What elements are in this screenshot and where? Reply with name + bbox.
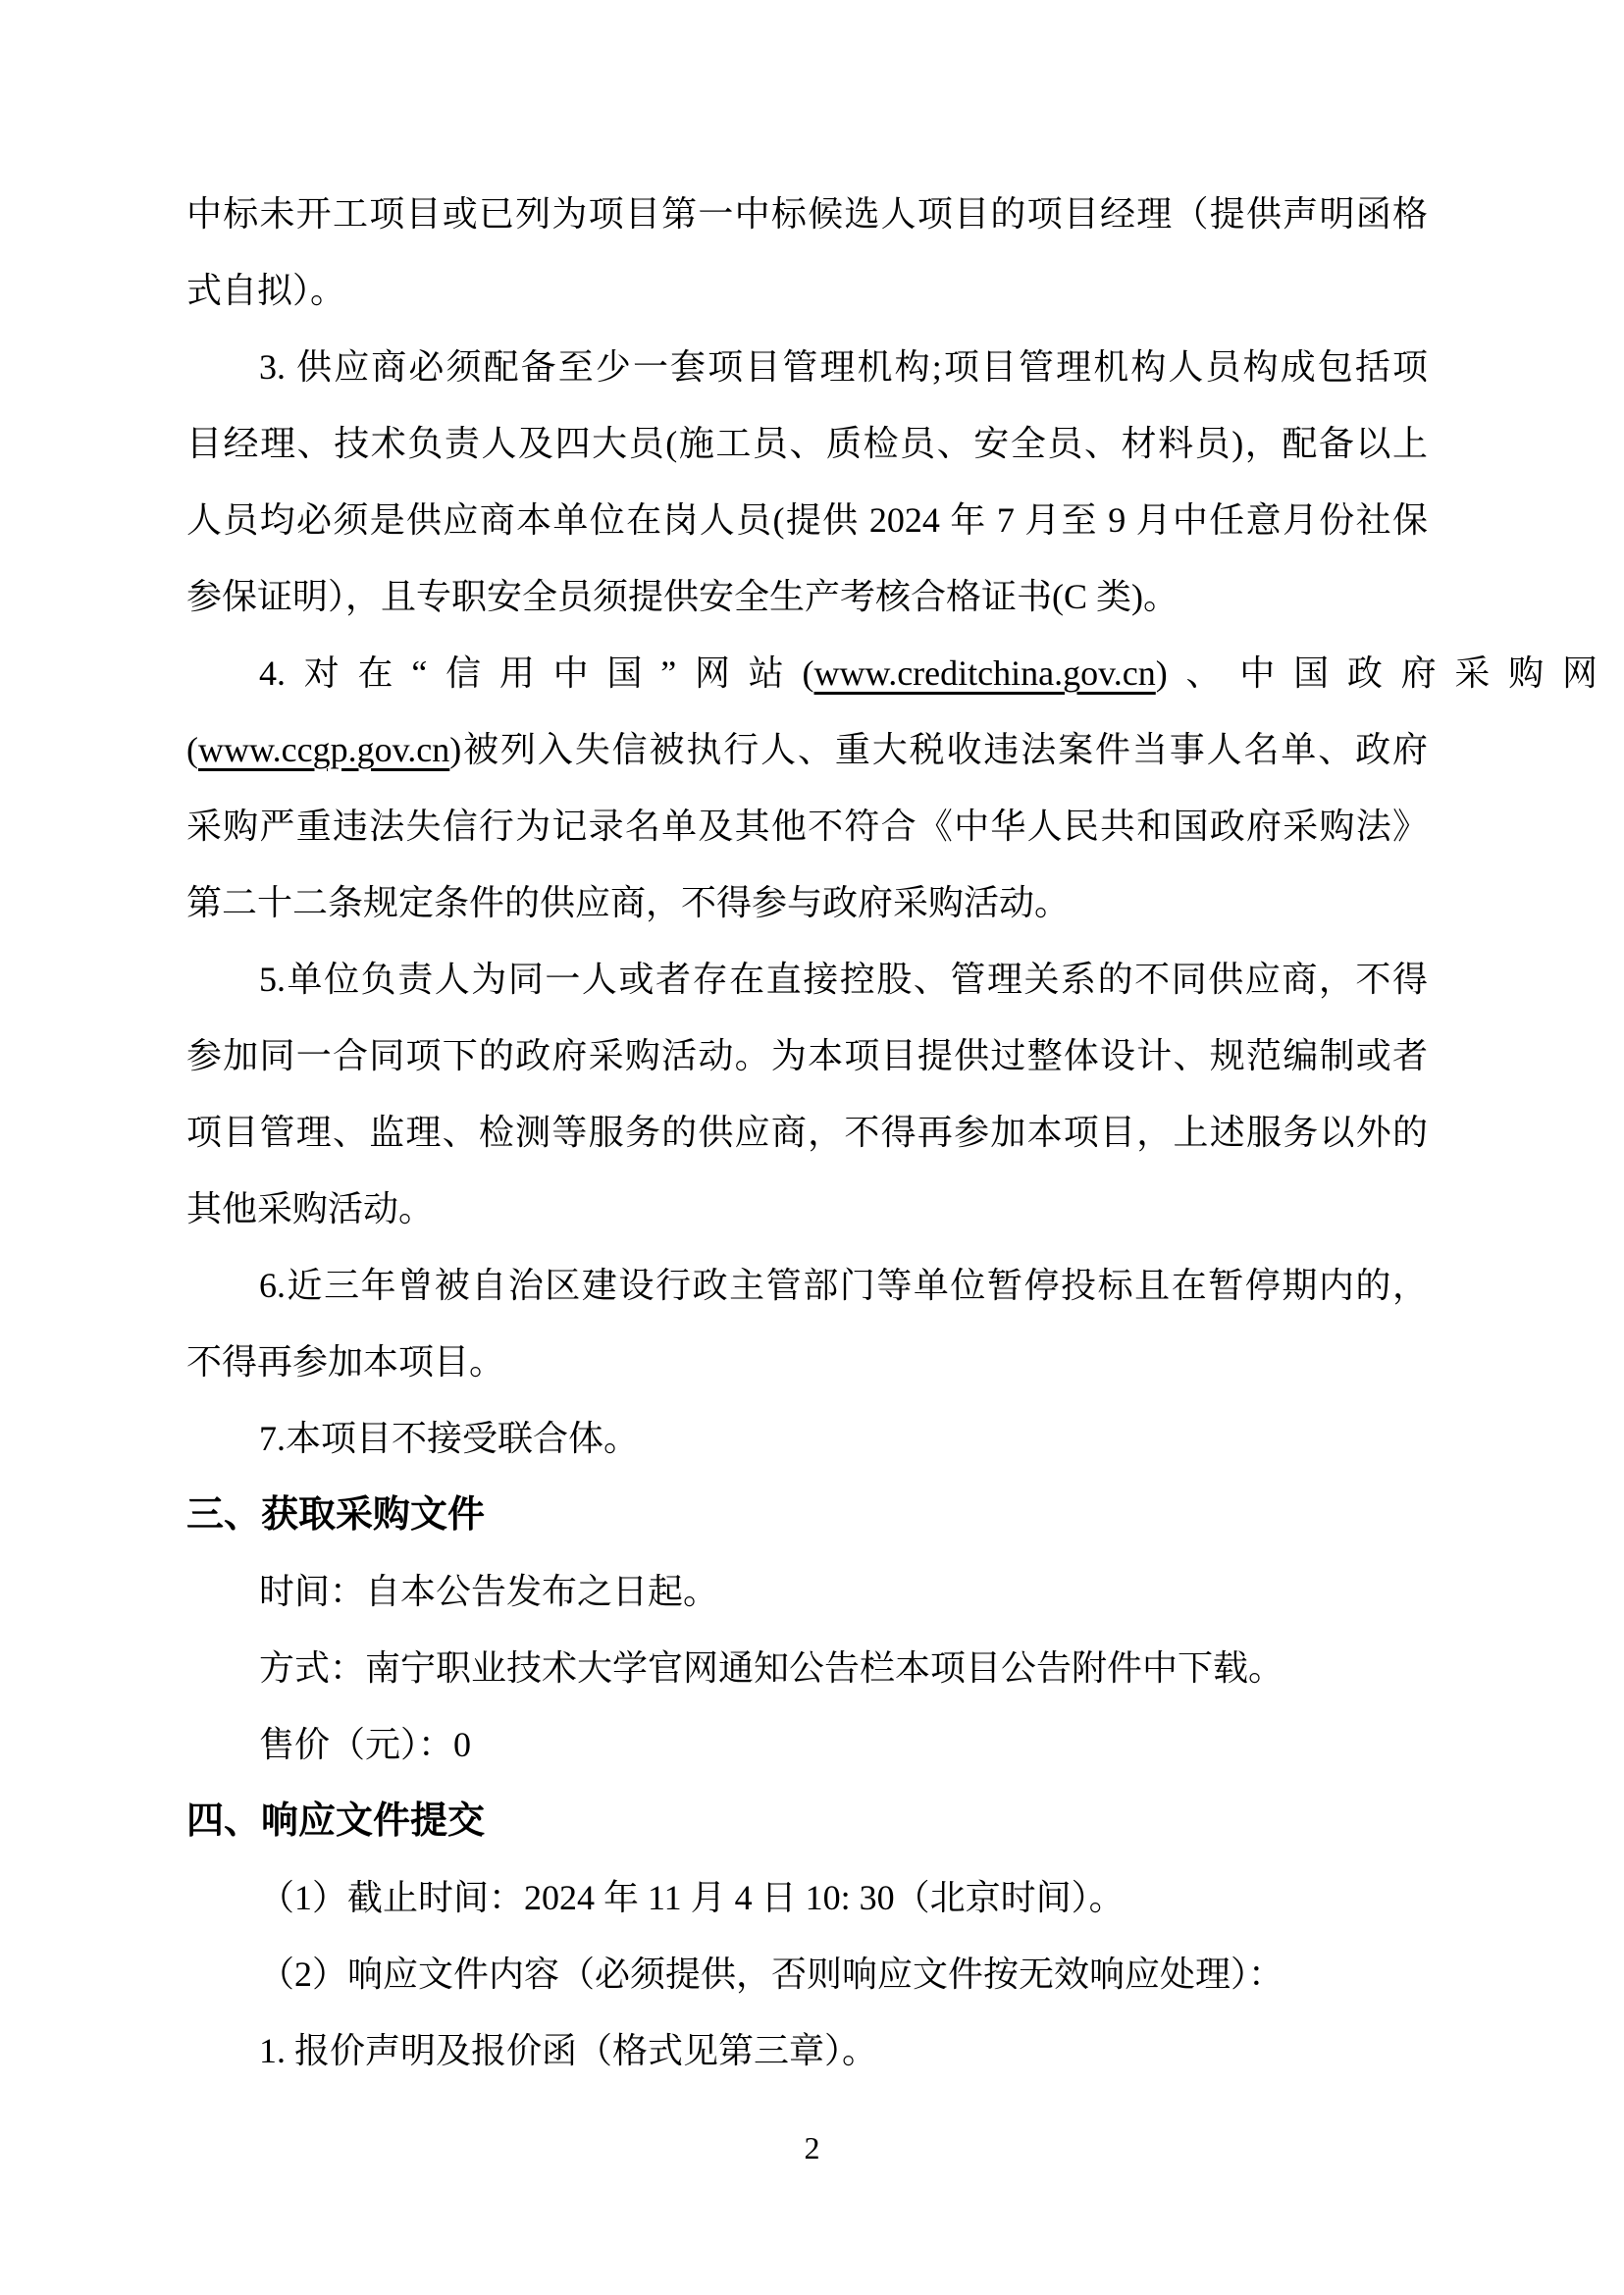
item-3-line-2: 目经理、技术负责人及四大员(施工员、质检员、安全员、材料员)，配备以上 xyxy=(186,405,1428,482)
paragraph-2-line-continuation: 中标未开工项目或已列为项目第一中标候选人项目的项目经理（提供声明函格 xyxy=(186,176,1428,252)
item-6-line-2: 不得再参加本项目。 xyxy=(186,1324,1428,1400)
section-heading-4: 四、响应文件提交 xyxy=(186,1783,1428,1859)
document-page: 中标未开工项目或已列为项目第一中标候选人项目的项目经理（提供声明函格 式自拟）。… xyxy=(0,0,1624,2295)
item-4-line-1-pre: 4.对在“信用中国”网站( xyxy=(259,653,814,693)
item-3-line-1: 3. 供应商必须配备至少一套项目管理机构;项目管理机构人员构成包括项 xyxy=(186,329,1428,405)
item-5-line-1: 5.单位负责人为同一人或者存在直接控股、管理关系的不同供应商，不得 xyxy=(186,941,1428,1017)
paragraph-2-line-end: 式自拟）。 xyxy=(186,252,1428,329)
method-line: 方式：南宁职业技术大学官网通知公告栏本项目公告附件中下载。 xyxy=(186,1630,1428,1706)
item-4-line-4: 第二十二条规定条件的供应商，不得参与政府采购活动。 xyxy=(186,864,1428,941)
section-heading-3: 三、获取采购文件 xyxy=(186,1477,1428,1553)
price-line: 售价（元）：0 xyxy=(186,1706,1428,1783)
deadline-line: （1）截止时间：2024 年 11 月 4 日 10: 30（北京时间）。 xyxy=(186,1859,1428,1936)
item-4-line-1-post: )、中国政府采购网 xyxy=(1156,653,1598,693)
time-line: 时间：自本公告发布之日起。 xyxy=(186,1553,1428,1630)
item-6-line-1: 6.近三年曾被自治区建设行政主管部门等单位暂停投标且在暂停期内的， xyxy=(186,1247,1428,1324)
item-5-line-4: 其他采购活动。 xyxy=(186,1171,1428,1247)
item-3-line-3: 人员均必须是供应商本单位在岗人员(提供 2024 年 7 月至 9 月中任意月份… xyxy=(186,482,1428,558)
item-3-line-4: 参保证明），且专职安全员须提供安全生产考核合格证书(C 类)。 xyxy=(186,558,1428,635)
response-content-line: （2）响应文件内容（必须提供，否则响应文件按无效响应处理）： xyxy=(186,1936,1428,2012)
item-4-line-2-pre: ( xyxy=(186,730,198,769)
creditchina-url-link[interactable]: www.creditchina.gov.cn xyxy=(814,653,1156,693)
item-4-line-1: 4.对在“信用中国”网站(www.creditchina.gov.cn)、中国政… xyxy=(186,635,1598,711)
item-5-line-3: 项目管理、监理、检测等服务的供应商，不得再参加本项目，上述服务以外的 xyxy=(186,1094,1428,1171)
item-4-line-3: 采购严重违法失信行为记录名单及其他不符合《中华人民共和国政府采购法》 xyxy=(186,788,1428,864)
page-number: 2 xyxy=(0,2131,1624,2165)
quotation-line: 1. 报价声明及报价函（格式见第三章）。 xyxy=(186,2012,1428,2089)
item-5-line-2: 参加同一合同项下的政府采购活动。为本项目提供过整体设计、规范编制或者 xyxy=(186,1017,1428,1094)
item-4-line-2: (www.ccgp.gov.cn)被列入失信被执行人、重大税收违法案件当事人名单… xyxy=(186,711,1428,788)
document-body: 中标未开工项目或已列为项目第一中标候选人项目的项目经理（提供声明函格 式自拟）。… xyxy=(186,176,1428,2089)
ccgp-url-link[interactable]: www.ccgp.gov.cn xyxy=(198,730,449,769)
item-4-line-2-post: )被列入失信被执行人、重大税收违法案件当事人名单、政府 xyxy=(449,730,1428,769)
item-7-line: 7.本项目不接受联合体。 xyxy=(186,1400,1428,1477)
